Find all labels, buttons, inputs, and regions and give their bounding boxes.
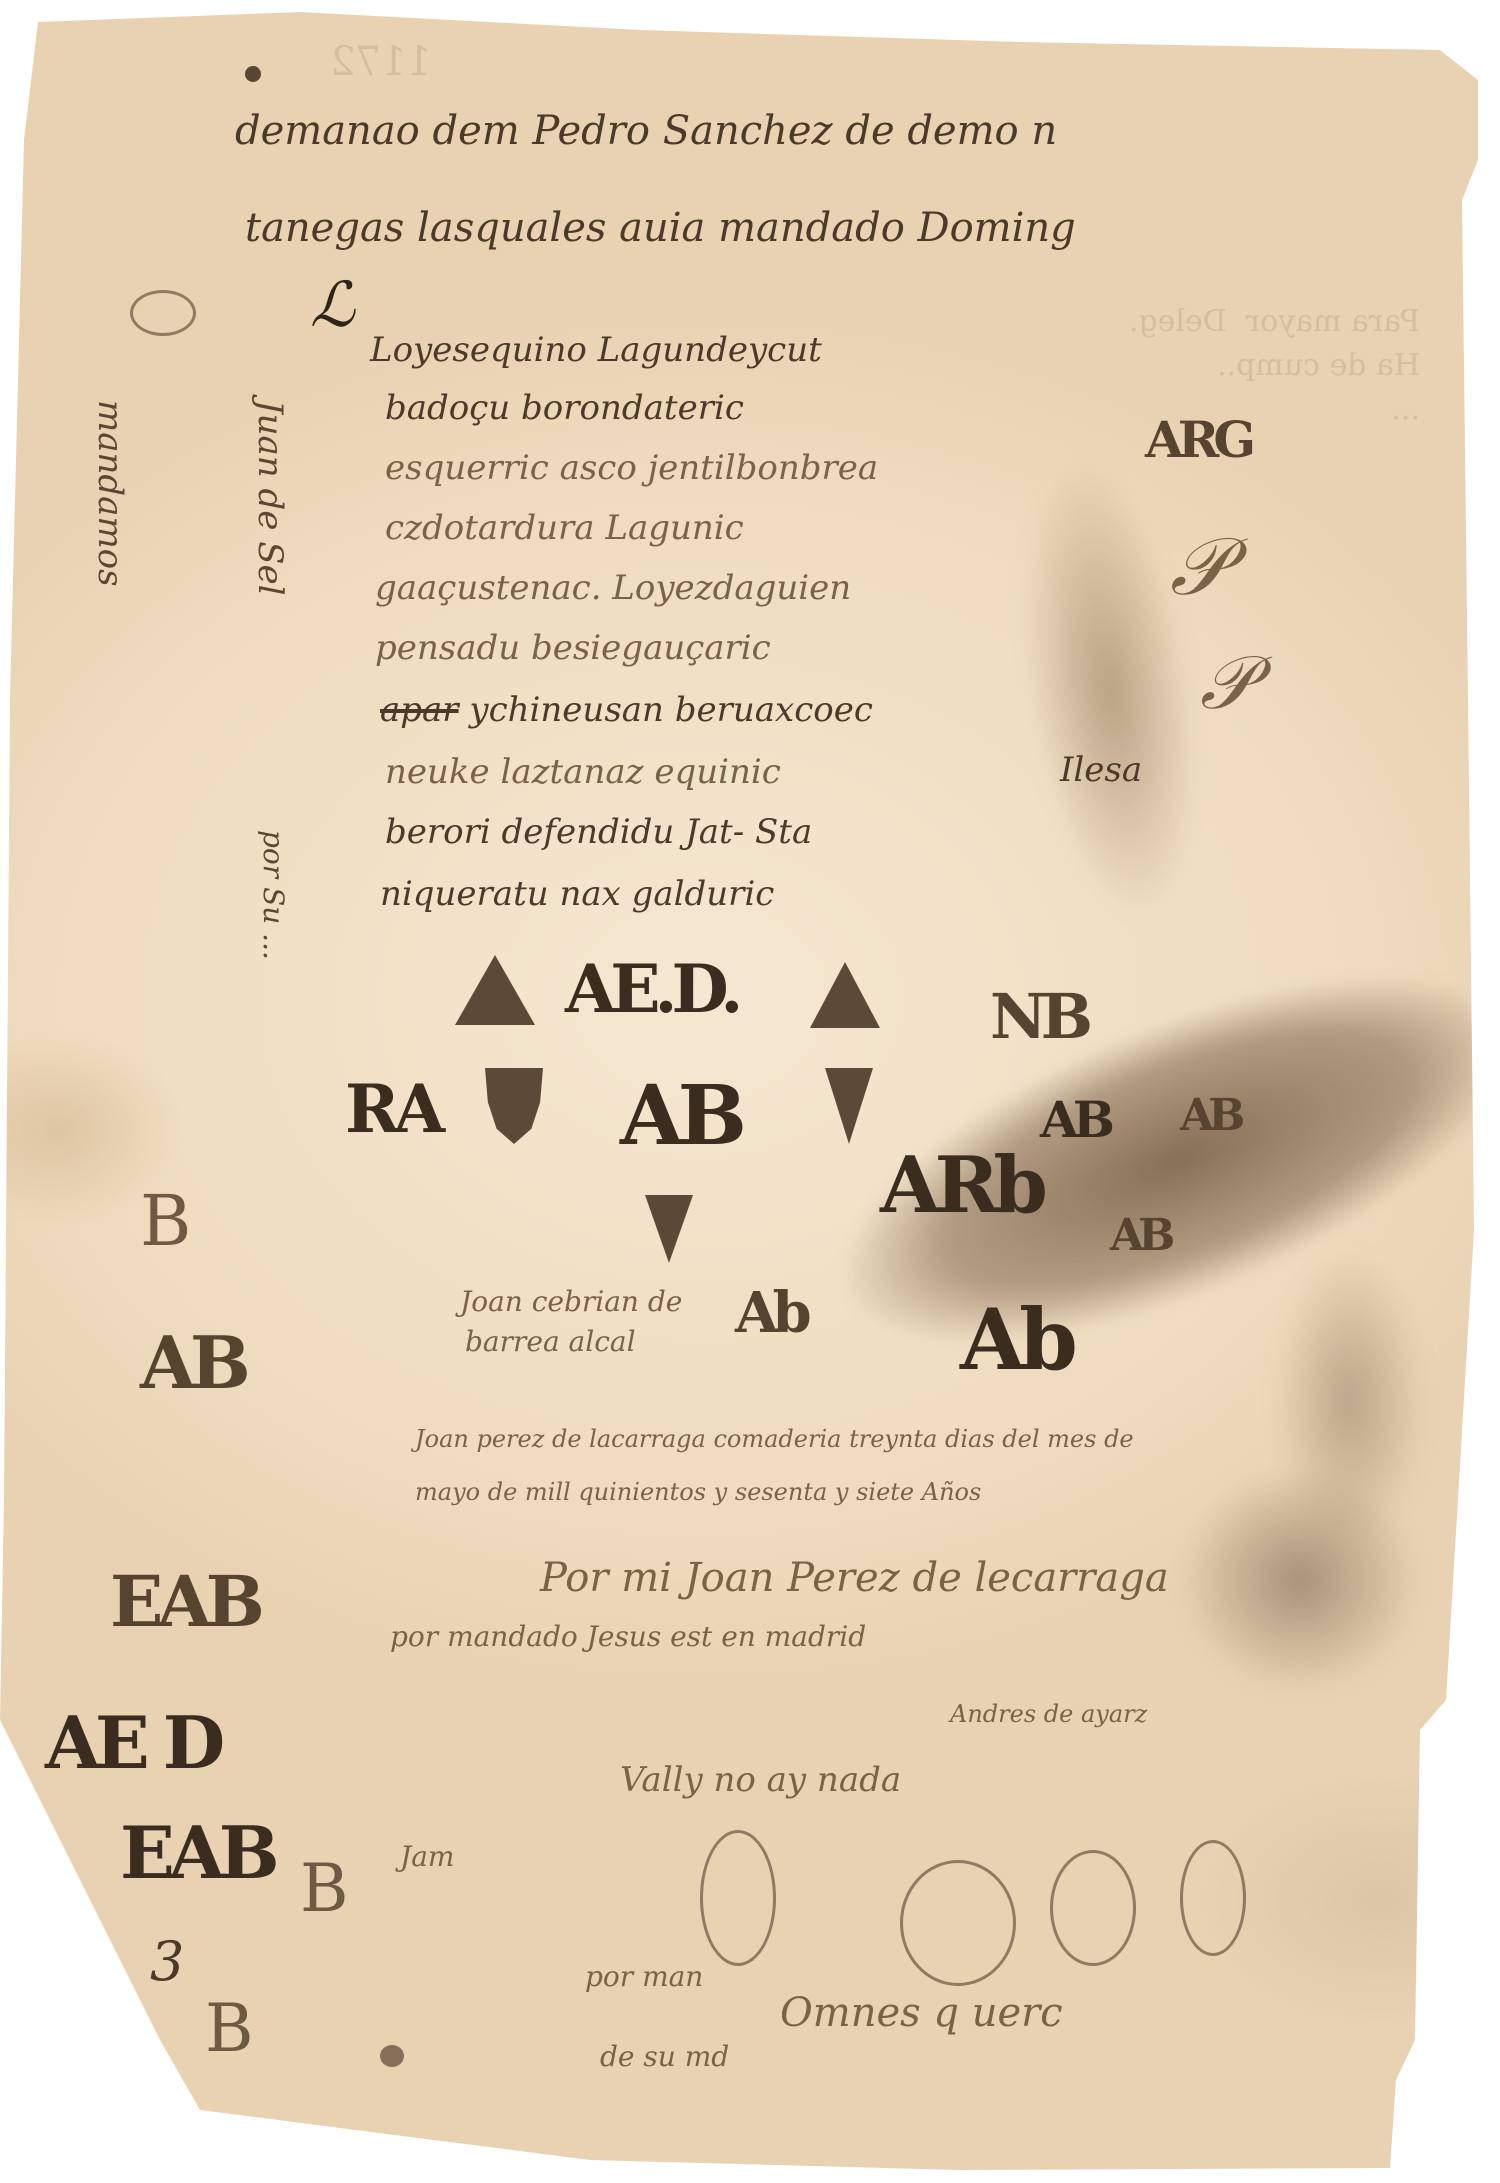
ink-dot — [245, 66, 261, 82]
monogram-right-3: AB — [1040, 1090, 1109, 1149]
signature-flourish-loop — [1180, 1840, 1246, 1956]
margin-monogram-2: AB — [140, 1320, 245, 1405]
verse-line-3: esquerric asco jentilbonbrea — [385, 448, 878, 488]
ink-smear-diagonal — [651, 862, 1500, 1559]
margin-monogram-1: B — [140, 1180, 185, 1262]
margin-monogram-4: AE D — [45, 1700, 219, 1785]
verse-line-6: pensadu besiegauçaric — [375, 628, 771, 668]
date-line-2: mayo de mill quinientos y sesenta y siet… — [415, 1478, 981, 1506]
ink-smear-right — [1250, 1200, 1450, 1600]
header-line-2: tanegas lasquales auia mandado Doming — [245, 205, 1076, 251]
ink-spot — [380, 2045, 404, 2067]
margin-monogram-5: EAB — [120, 1810, 274, 1895]
date-line-1: Joan perez de lacarraga comaderia treynt… — [415, 1425, 1134, 1453]
verse-line-8: neuke laztanaz equinic — [385, 752, 781, 792]
monogram-right-8: Ab — [960, 1290, 1072, 1389]
signature-flourish-loop — [900, 1860, 1016, 1986]
margin-monogram-3: EAB — [110, 1560, 259, 1643]
signature-flourish-loop — [1050, 1850, 1136, 1966]
monogram-right-4: AB — [1180, 1090, 1239, 1141]
monogram-right-6: AB — [1110, 1210, 1169, 1261]
verse-line-7: ychineusan beruaxcoec — [469, 690, 873, 730]
monogram-center-top: AE.D. — [565, 950, 737, 1028]
margin-numeral: 3 — [150, 1930, 184, 1993]
monogram-row2-center: AB — [620, 1068, 741, 1164]
verse-line-2: badoçu borondateric — [385, 388, 744, 428]
monogram-right-1: ARG — [1145, 410, 1250, 469]
verse-line-10: niqueratu nax galduric — [380, 874, 774, 914]
margin-monogram-7: B — [205, 1990, 248, 2067]
folio-number-bleedthrough: 1172 — [330, 40, 432, 84]
por-mandado-line: por mandado Jesus est en madrid — [390, 1620, 866, 1653]
jam-signature: Jam — [400, 1840, 454, 1873]
ink-blot-shield — [485, 1068, 543, 1144]
margin-vertical-text-1: Juan de Sel — [250, 400, 290, 595]
margin-monogram-6: B — [300, 1850, 343, 1927]
flourish-signature-right: 𝒫 — [1170, 520, 1228, 614]
andres-signature: Andres de ayarz — [950, 1700, 1147, 1728]
manuscript-page: 1172 Para mayor Deleg. Ha de cump.. ... … — [0, 0, 1500, 2183]
vally-line: Vally no ay nada — [620, 1760, 901, 1800]
verse-line-4: czdotardura Lagunic — [385, 508, 744, 548]
signature-flourish-loop — [700, 1830, 776, 1966]
monogram-right-5: ARb — [880, 1140, 1042, 1231]
witness-line-1: Joan cebrian de — [460, 1285, 682, 1318]
margin-vertical-text-3: por Su ... — [257, 830, 290, 960]
witness-line-2: barrea alcal — [465, 1325, 636, 1358]
attestation-signature: Por mi Joan Perez de lecarraga — [540, 1555, 1169, 1601]
ink-blot-triangle — [455, 955, 535, 1025]
monogram-right-2: NB — [990, 980, 1087, 1053]
margin-vertical-text-2: mandamos — [90, 400, 130, 587]
verse-line-5: gaaçustenac. Loyezdaguien — [375, 568, 851, 608]
de-su-md-line: de su md — [600, 2040, 729, 2073]
monogram-right-7: Ab — [735, 1280, 806, 1346]
omnes-signature: Omnes q uerc — [780, 1990, 1063, 2036]
verse-line-9: berori defendidu Jat- Sta — [385, 812, 812, 852]
verse-line-1: Loyesequino Lagundeycut — [370, 330, 822, 370]
ink-blot-triangle-down — [825, 1068, 873, 1144]
right-handwriting-ilesa: Ilesa — [1060, 750, 1142, 790]
header-line-1: demanao dem Pedro Sanchez de demo n — [235, 108, 1057, 154]
por-man-line: por man — [585, 1960, 703, 1993]
monogram-row2-left: RA — [345, 1070, 439, 1148]
margin-flourish — [130, 290, 196, 336]
ink-blot-triangle-down — [645, 1195, 693, 1263]
decorated-initial-flourish: ℒ — [310, 268, 355, 341]
flourish-signature-right-2: 𝒫 — [1200, 640, 1253, 727]
struck-out-word: apar — [380, 690, 459, 730]
ink-blot-triangle — [810, 962, 880, 1028]
ink-smear-lower — [1140, 1460, 1460, 1760]
